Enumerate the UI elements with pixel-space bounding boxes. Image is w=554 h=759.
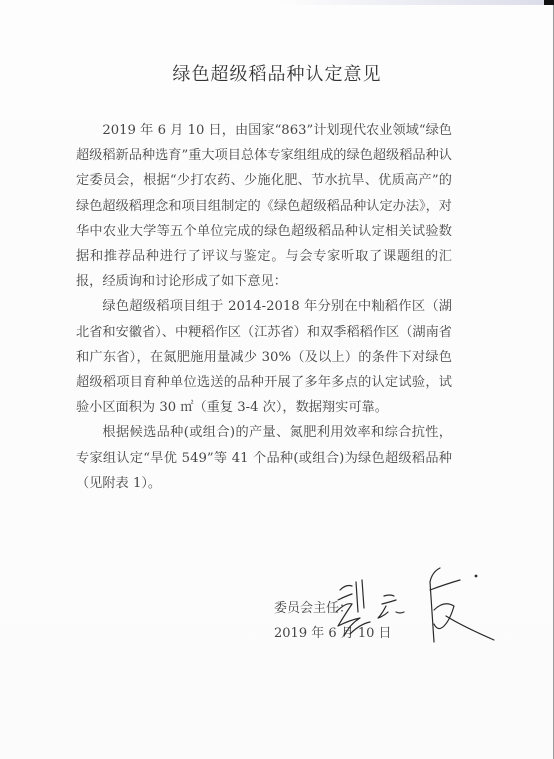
paragraph-trials: 绿色超级稻项目组于 2014-2018 年分别在中籼稻作区（湖北省和安徽省）、中… — [76, 294, 452, 420]
document-page: 绿色超级稻品种认定意见 2019 年 6 月 10 日，由国家“863”计划现代… — [0, 0, 554, 759]
scan-shadow — [280, 0, 548, 5]
handwritten-signature-icon — [330, 560, 500, 655]
document-body: 2019 年 6 月 10 日，由国家“863”计划现代农业领域“绿色超级稻新品… — [76, 118, 452, 496]
document-title: 绿色超级稻品种认定意见 — [0, 60, 554, 86]
paragraph-intro: 2019 年 6 月 10 日，由国家“863”计划现代农业领域“绿色超级稻新品… — [76, 118, 452, 294]
paragraph-conclusion: 根据候选品种(或组合)的产量、氮肥利用效率和综合抗性，专家组认定“旱优 549”… — [76, 420, 452, 496]
